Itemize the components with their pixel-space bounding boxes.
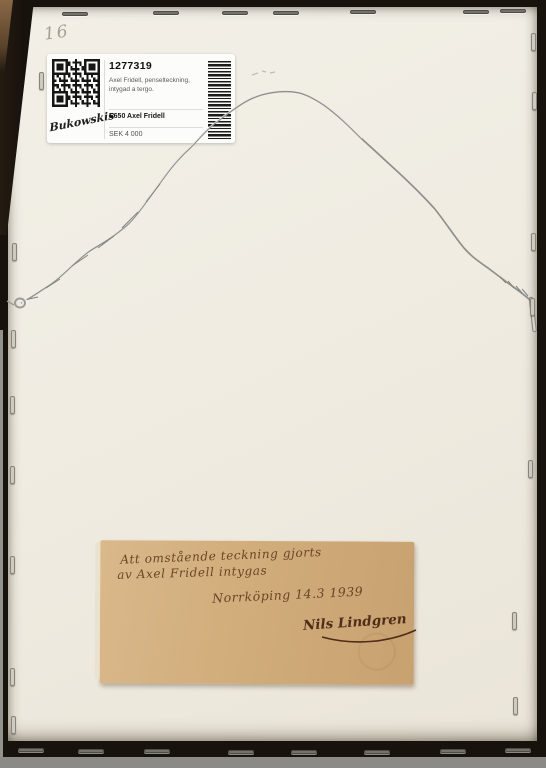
staple (11, 716, 16, 734)
staple (350, 10, 376, 14)
staple (10, 668, 15, 686)
lot-description-line2: intygad a tergo. (109, 86, 206, 95)
barcode-icon (208, 61, 231, 140)
label-divider (104, 60, 105, 139)
staple (62, 12, 88, 16)
label-rule (109, 109, 203, 110)
qr-code-icon (52, 59, 100, 107)
qr-code-svg (52, 59, 100, 107)
certificate-line2: av Axel Fridell intygas (117, 563, 267, 581)
staple (513, 697, 518, 715)
staple (528, 460, 533, 478)
bukowskis-script-logo: Bukowskis (49, 111, 105, 135)
staple (228, 750, 254, 754)
staple (10, 556, 15, 574)
staple (364, 750, 390, 754)
pencil-number: 16 (43, 21, 71, 44)
staple (500, 9, 526, 13)
staple (144, 749, 170, 753)
staple (532, 92, 537, 110)
label-rule (109, 127, 203, 128)
certificate-line1: Att omstående teckning gjorts (120, 545, 322, 567)
staple (463, 10, 489, 14)
staple (512, 612, 517, 630)
staple (39, 72, 44, 90)
staple (153, 11, 179, 15)
certificate-line3: Norrköping 14.3 1939 (212, 584, 364, 606)
staple (273, 11, 299, 15)
certificate-signature: Nils Lindgren (303, 611, 408, 634)
auction-label: Bukowskis 1277319 Axel Fridell, penselte… (47, 54, 235, 143)
staple (530, 298, 535, 316)
staple (531, 33, 536, 51)
staple (440, 749, 466, 753)
staple (531, 233, 536, 251)
framed-artwork-back-photo: 16 Bukowskis 1277319 Axel Fridell, pense… (0, 0, 546, 768)
staple (10, 466, 15, 484)
certificate-paper: Att omstående teckning gjorts av Axel Fr… (100, 540, 415, 685)
item-code: E650 Axel Fridell (109, 113, 165, 120)
staple (291, 750, 317, 754)
lot-number: 1277319 (109, 60, 152, 72)
background-sliver (0, 330, 3, 757)
staple (18, 748, 44, 752)
lot-description-line1: Axel Fridell, penselteckning, (109, 77, 206, 86)
staple (78, 749, 104, 753)
staple (11, 330, 16, 348)
staple (222, 11, 248, 15)
staple (12, 243, 17, 261)
lot-description: Axel Fridell, penselteckning, intygad a … (109, 77, 206, 94)
staple (10, 396, 15, 414)
staple (505, 748, 531, 752)
estimate: SEK 4 000 (109, 131, 142, 138)
